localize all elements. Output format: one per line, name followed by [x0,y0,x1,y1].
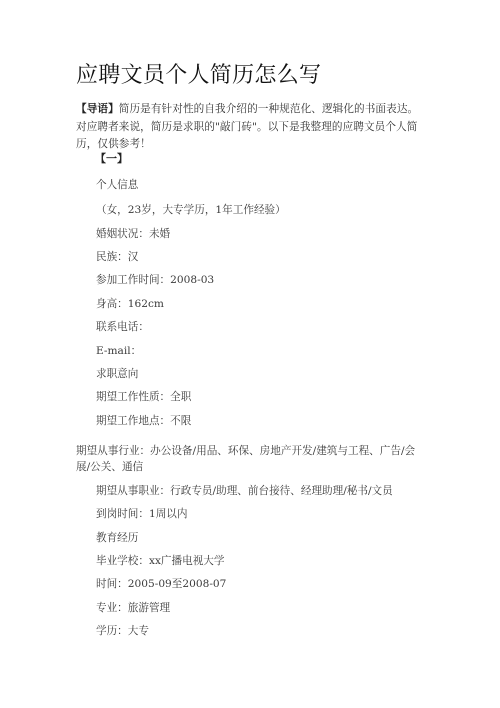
desired-industry: 期望从事行业：办公设备/用品、环保、房地产开发/建筑与工程、广告/会展/公关、通… [76,443,428,475]
degree: 学历：大专 [96,623,149,640]
work-start-date: 参加工作时间：2008-03 [96,272,214,289]
intro-paragraph: 【导语】简历是有针对性的自我介绍的一种规范化、逻辑化的书面表达。对应聘者来说，简… [76,101,428,154]
intro-tag: 【导语】 [76,103,119,115]
marital-status: 婚姻状况：未婚 [96,226,170,243]
intro-text: 简历是有针对性的自我介绍的一种规范化、逻辑化的书面表达。对应聘者来说，简历是求职… [76,103,418,150]
heading-education: 教育经历 [96,530,138,547]
phone: 联系电话： [96,319,149,336]
heading-job-intention: 求职意向 [96,366,138,383]
email: E-mail： [96,343,141,360]
ethnicity: 民族：汉 [96,249,138,266]
summary-line: （女，23岁，大专学历，1年工作经验） [96,202,286,219]
desired-position: 期望从事职业：行政专员/助理、前台接待、经理助理/秘书/文员 [96,483,393,500]
height: 身高：162cm [96,296,164,313]
heading-personal-info: 个人信息 [96,177,138,194]
major: 专业：旅游管理 [96,600,170,617]
job-location: 期望工作地点：不限 [96,413,191,430]
school: 毕业学校：xx广播电视大学 [96,553,224,570]
study-period: 时间：2005-09至2008-07 [96,576,226,593]
document-page: 应聘文员个人简历怎么写 【导语】简历是有针对性的自我介绍的一种规范化、逻辑化的书… [0,0,500,708]
availability: 到岗时间：1周以内 [96,506,188,523]
document-title: 应聘文员个人简历怎么写 [76,58,321,89]
section-marker: 【一】 [95,150,128,166]
job-type: 期望工作性质：全职 [96,389,191,406]
